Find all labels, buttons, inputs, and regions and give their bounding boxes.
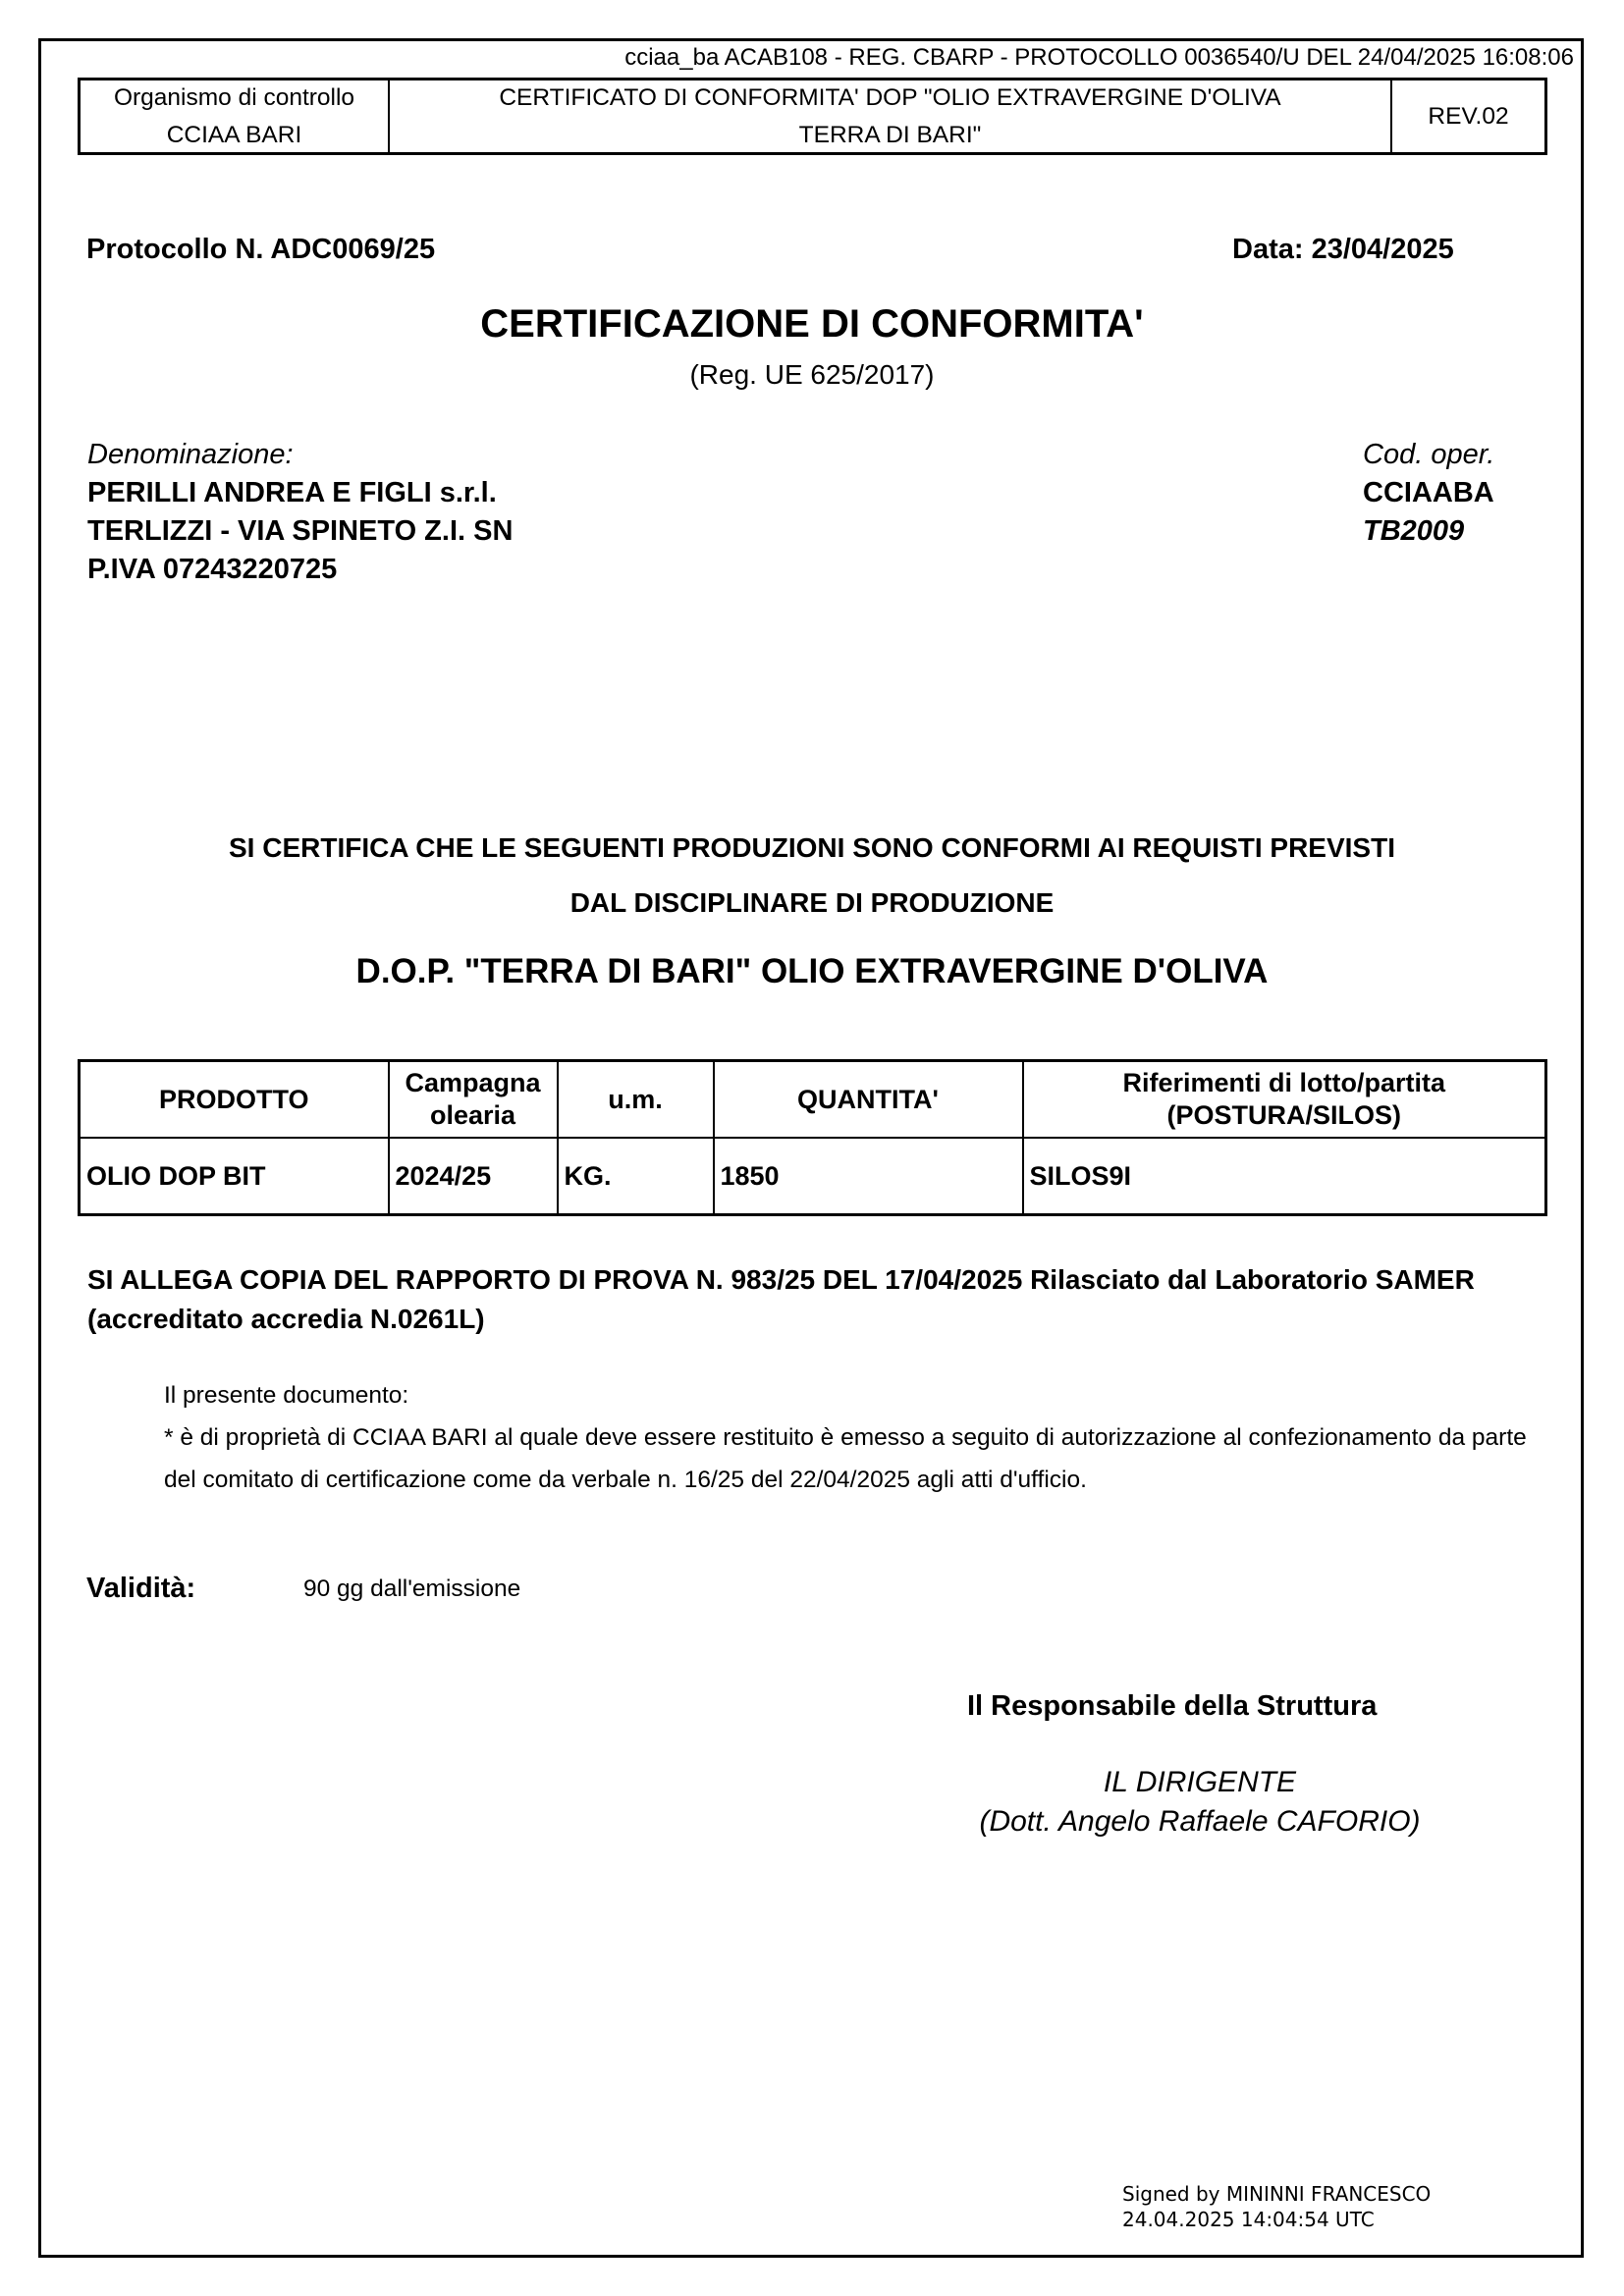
operator-code-label: Cod. oper. bbox=[1363, 436, 1494, 474]
signatory-title: IL DIRIGENTE bbox=[954, 1763, 1445, 1802]
header-title-line1: CERTIFICATO DI CONFORMITA' DOP "OLIO EXT… bbox=[499, 80, 1280, 117]
digital-signature-timestamp: 24.04.2025 14:04:54 UTC bbox=[1122, 2207, 1431, 2232]
header-title-line2: TERRA DI BARI" bbox=[799, 117, 982, 154]
dop-product-heading: D.O.P. "TERRA DI BARI" OLIO EXTRAVERGINE… bbox=[0, 952, 1624, 991]
table-row: OLIO DOP BIT2024/25KG.1850SILOS9I bbox=[80, 1138, 1546, 1215]
operator-vat: P.IVA 07243220725 bbox=[87, 551, 513, 589]
certification-statement-line1: SI CERTIFICA CHE LE SEGUENTI PRODUZIONI … bbox=[0, 832, 1624, 864]
table-header-row: PRODOTTOCampagnaoleariau.m.QUANTITA'Rife… bbox=[80, 1061, 1546, 1139]
document-date: Data: 23/04/2025 bbox=[1232, 234, 1454, 266]
operator-code-line1: CCIAABA bbox=[1363, 474, 1494, 512]
certification-statement-line2: DAL DISCIPLINARE DI PRODUZIONE bbox=[0, 887, 1624, 919]
operator-address: TERLIZZI - VIA SPINETO Z.I. SN bbox=[87, 512, 513, 551]
operator-name: PERILLI ANDREA E FIGLI s.r.l. bbox=[87, 474, 513, 512]
digital-signature: Signed by MININNI FRANCESCO 24.04.2025 1… bbox=[1122, 2181, 1431, 2232]
operator-label: Denominazione: bbox=[87, 436, 513, 474]
header-title-cell: CERTIFICATO DI CONFORMITA' DOP "OLIO EXT… bbox=[390, 80, 1392, 152]
header-issuer-label: Organismo di controllo bbox=[114, 80, 354, 117]
page-title: CERTIFICAZIONE DI CONFORMITA' bbox=[0, 302, 1624, 347]
table-body: OLIO DOP BIT2024/25KG.1850SILOS9I bbox=[80, 1138, 1546, 1215]
lab-report-attachment: SI ALLEGA COPIA DEL RAPPORTO DI PROVA N.… bbox=[87, 1260, 1541, 1339]
table-cell: KG. bbox=[558, 1138, 714, 1215]
document-notice: Il presente documento: * è di proprietà … bbox=[164, 1374, 1558, 1501]
document-header-table: Organismo di controllo CCIAA BARI CERTIF… bbox=[78, 78, 1547, 155]
table-cell: 1850 bbox=[714, 1138, 1023, 1215]
table-cell: 2024/25 bbox=[389, 1138, 558, 1215]
header-issuer-name: CCIAA BARI bbox=[167, 117, 302, 154]
table-header-cell: Campagnaolearia bbox=[389, 1061, 558, 1139]
table-header-cell: QUANTITA' bbox=[714, 1061, 1023, 1139]
signatory-name: (Dott. Angelo Raffaele CAFORIO) bbox=[954, 1802, 1445, 1842]
notice-body: * è di proprietà di CCIAA BARI al quale … bbox=[164, 1416, 1558, 1501]
notice-intro: Il presente documento: bbox=[164, 1374, 1558, 1416]
regulation-reference: (Reg. UE 625/2017) bbox=[0, 359, 1624, 391]
operator-details: Denominazione: PERILLI ANDREA E FIGLI s.… bbox=[87, 436, 513, 589]
validity-label: Validità: bbox=[86, 1573, 195, 1605]
header-revision: REV.02 bbox=[1428, 98, 1508, 135]
table-header-cell: PRODOTTO bbox=[80, 1061, 389, 1139]
protocol-stamp: cciaa_ba ACAB108 - REG. CBARP - PROTOCOL… bbox=[624, 43, 1574, 73]
table-cell: OLIO DOP BIT bbox=[80, 1138, 389, 1215]
table-cell: SILOS9I bbox=[1023, 1138, 1546, 1215]
table-header-cell: u.m. bbox=[558, 1061, 714, 1139]
signatory-block: IL DIRIGENTE (Dott. Angelo Raffaele CAFO… bbox=[954, 1763, 1445, 1842]
operator-code-line2: TB2009 bbox=[1363, 512, 1494, 551]
table-header-cell: Riferimenti di lotto/partita(POSTURA/SIL… bbox=[1023, 1061, 1546, 1139]
production-table: PRODOTTOCampagnaoleariau.m.QUANTITA'Rife… bbox=[78, 1059, 1547, 1216]
protocol-number: Protocollo N. ADC0069/25 bbox=[86, 234, 435, 266]
digital-signature-signer: Signed by MININNI FRANCESCO bbox=[1122, 2181, 1431, 2207]
header-revision-cell: REV.02 bbox=[1392, 80, 1544, 152]
header-issuer-cell: Organismo di controllo CCIAA BARI bbox=[81, 80, 390, 152]
operator-code-block: Cod. oper. CCIAABA TB2009 bbox=[1363, 436, 1494, 551]
validity-value: 90 gg dall'emissione bbox=[303, 1575, 520, 1603]
signatory-role: Il Responsabile della Struttura bbox=[967, 1690, 1377, 1723]
